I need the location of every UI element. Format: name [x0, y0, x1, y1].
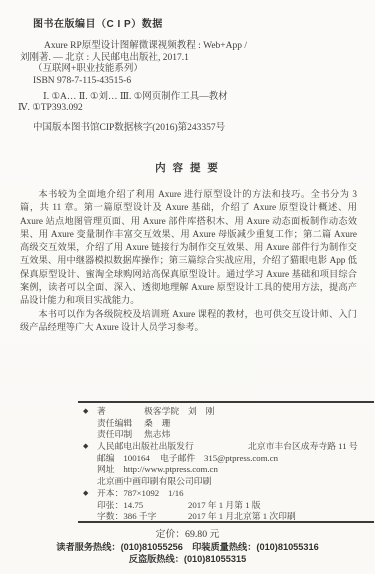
antipiracy-hotline: 反盗版热线：(010)81055315 — [0, 551, 375, 565]
printer-label: 责任印制 — [97, 429, 132, 441]
bottom-rule — [78, 521, 374, 523]
book-format: 开本：787×1092 1/16 — [97, 488, 184, 500]
summary-paragraph-1: 本书较为全面地介绍了利用 Axure 进行原型设计的方法和技巧。全书分为 3 篇… — [20, 188, 357, 308]
cip-series-line: （互联网+职业技能系列） — [20, 64, 350, 76]
colophon-row-print-company: 北京画中画印刷有限公司印刷 — [78, 476, 374, 488]
book-copyright-page: 图书在版编目（C I P）数据 Axure RP原型设计图解微课视频教程 : W… — [0, 0, 375, 574]
email: 电子邮件 315@ptpress.com.cn — [160, 453, 278, 465]
cip-class-line-1: Ⅰ. ①A… Ⅱ. ①刘… Ⅲ. ①网页制作工具—教材 — [18, 92, 228, 103]
cip-classification-block: Ⅰ. ①A… Ⅱ. ①刘… Ⅲ. ①网页制作工具—教材 Ⅳ. ①TP393.09… — [18, 92, 228, 114]
colophon-block: ◆ 著 极客学院 刘 刚 责任编辑 桑 珊 责任印制 焦志炜 ◆ 人民邮电出版社… — [78, 401, 374, 523]
editor-value: 桑 珊 — [144, 418, 170, 430]
colophon-row-publisher: ◆ 人民邮电出版社出版发行 北京市丰台区成寿寺路 11 号 — [78, 441, 374, 453]
cip-isbn-line: ISBN 978-7-115-43515-6 — [20, 76, 350, 88]
cip-record-number: 中国版本图书馆CIP数据核字(2016)第243357号 — [33, 119, 225, 133]
cip-header: 图书在版编目（C I P）数据 — [33, 15, 163, 30]
publisher-name: 人民邮电出版社出版发行 — [97, 441, 194, 453]
edition: 2017 年 1 月第 1 版 — [188, 500, 261, 512]
diamond-bullet-icon: ◆ — [83, 441, 88, 453]
author-value: 极客学院 刘 刚 — [144, 406, 214, 418]
cip-class-line-2: Ⅳ. ①TP393.092 — [18, 103, 228, 114]
printer-value: 焦志炜 — [144, 429, 170, 441]
summary-block: 本书较为全面地介绍了利用 Axure 进行原型设计的方法和技巧。全书分为 3 篇… — [20, 188, 357, 334]
website: 网址 http://www.ptpress.com.cn — [97, 464, 218, 476]
summary-title: 内 容 提 要 — [0, 160, 375, 175]
cip-title-line: Axure RP原型设计图解微课视频教程 : Web+App / — [20, 41, 350, 53]
summary-paragraph-2: 本书可以作为各级院校及培训班 Axure 课程的教材，也可供交互设计师、入门级产… — [20, 308, 357, 335]
author-label: 著 — [97, 406, 106, 418]
cip-catalog-block: Axure RP原型设计图解微课视频教程 : Web+App / 刘刚著. — … — [20, 41, 350, 87]
postcode: 邮编 100164 — [97, 453, 150, 465]
print-company: 北京画中画印刷有限公司印刷 — [97, 476, 211, 488]
colophon-row-editor: 责任编辑 桑 珊 — [78, 418, 374, 430]
publisher-address: 北京市丰台区成寿寺路 11 号 — [248, 441, 358, 453]
colophon-row-printer: 责任印制 焦志炜 — [78, 429, 374, 441]
price: 定价：69.80 元 — [0, 526, 375, 540]
colophon-row-postcode: 邮编 100164 电子邮件 315@ptpress.com.cn — [78, 453, 374, 465]
editor-label: 责任编辑 — [97, 418, 132, 430]
cip-author-line: 刘刚著. — 北京 : 人民邮电出版社, 2017.1 — [20, 53, 350, 65]
colophon-row-website: 网址 http://www.ptpress.com.cn — [78, 464, 374, 476]
diamond-bullet-icon: ◆ — [83, 488, 88, 500]
diamond-bullet-icon: ◆ — [83, 406, 88, 418]
colophon-row-sheets: 印张：14.75 2017 年 1 月第 1 版 — [78, 500, 374, 512]
colophon-row-format: ◆ 开本：787×1092 1/16 — [78, 488, 374, 500]
printed-sheets: 印张：14.75 — [97, 500, 143, 512]
colophon-row-author: ◆ 著 极客学院 刘 刚 — [78, 406, 374, 418]
